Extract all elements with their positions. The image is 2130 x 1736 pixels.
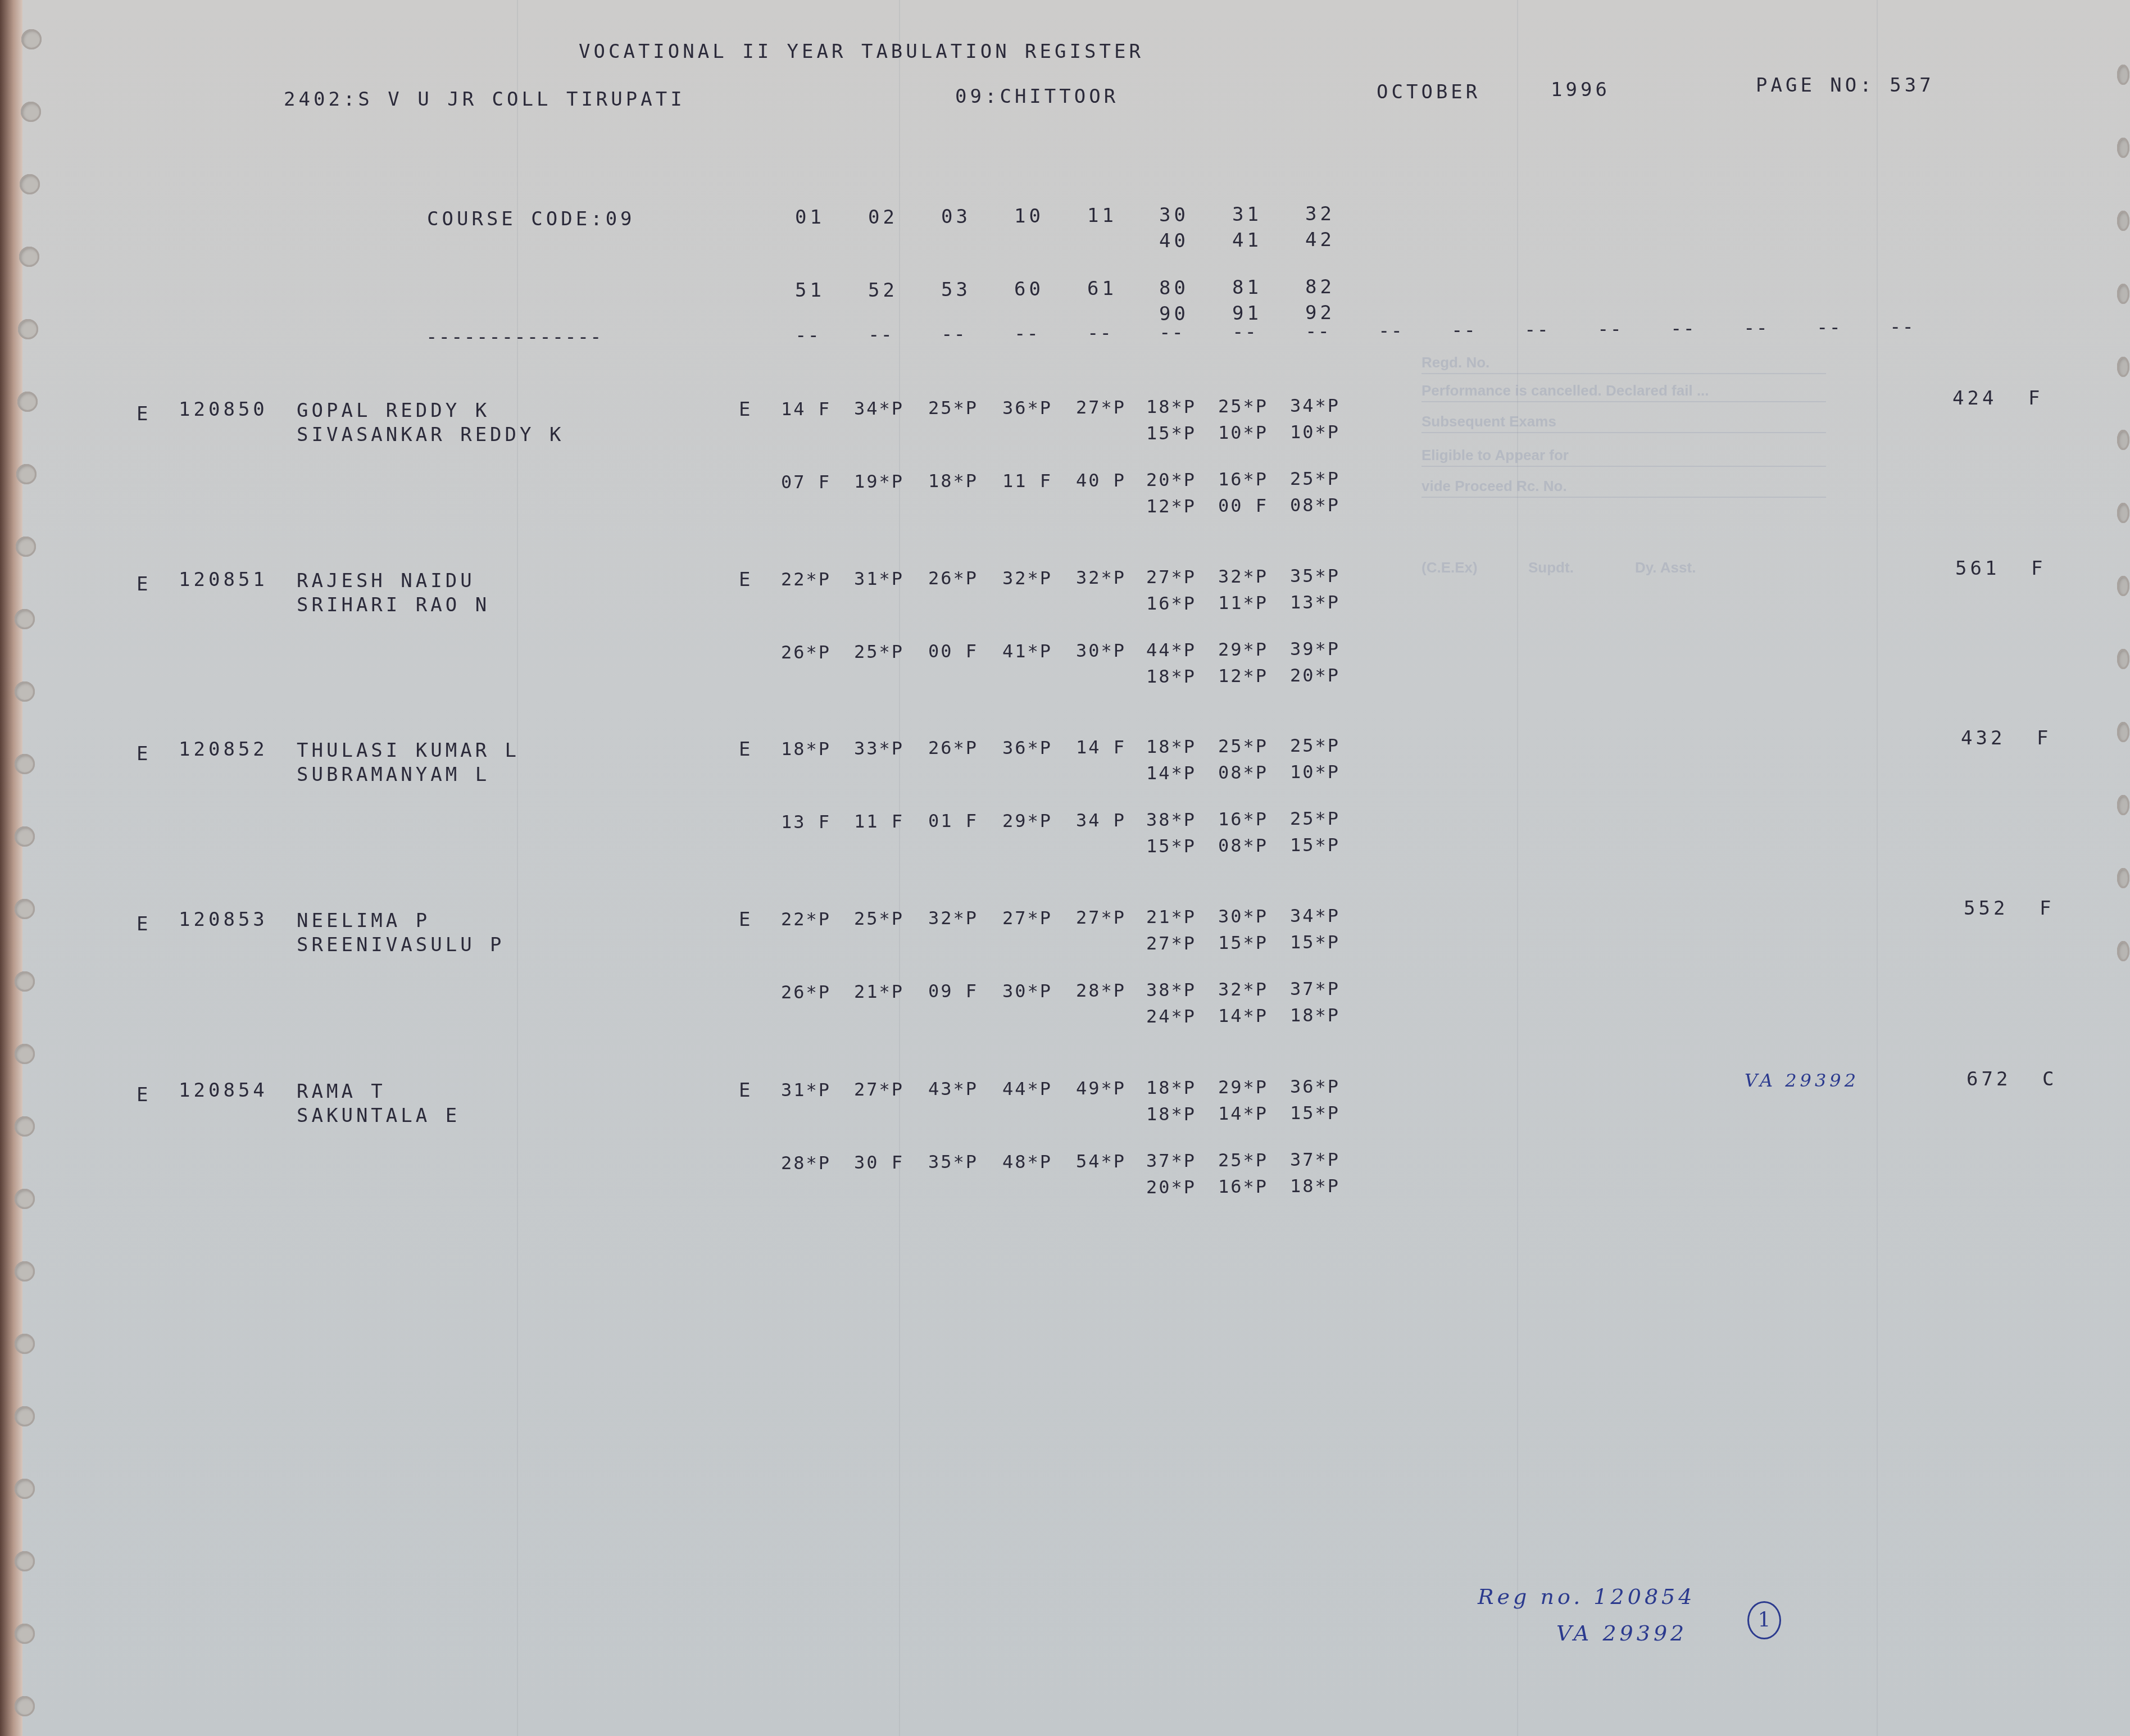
- total-marks: 561: [1955, 559, 2000, 578]
- punch-hole-icon: [15, 609, 35, 629]
- register-title: VOCATIONAL II YEAR TABULATION REGISTER: [579, 42, 1144, 61]
- record-type: E: [137, 915, 151, 934]
- subject-mark: 48*P: [1002, 1153, 1052, 1171]
- stamp-rule: [1421, 373, 1826, 374]
- subject-mark: 24*P: [1146, 1007, 1196, 1025]
- subject-code: 81: [1232, 278, 1262, 297]
- college-name: 2402:S V U JR COLL TIRUPATI: [284, 90, 685, 109]
- subject-code-sub: 90: [1159, 305, 1189, 324]
- subject-mark: 29*P: [1218, 1078, 1268, 1096]
- subject-code: 51: [795, 281, 825, 300]
- subject-mark: 15*P: [1218, 934, 1268, 952]
- column-divider: --: [941, 325, 966, 344]
- subject-mark: 08*P: [1218, 764, 1268, 781]
- stamp-line: Regd. No.: [1421, 354, 1489, 371]
- subject-code: 82: [1305, 278, 1335, 297]
- punch-hole-icon: [2117, 576, 2129, 596]
- subject-mark: 27*P: [854, 1080, 904, 1098]
- subject-mark: 43*P: [928, 1080, 978, 1098]
- subject-mark: 25*P: [1218, 1151, 1268, 1169]
- subject-mark: 26*P: [928, 569, 978, 587]
- subject-code: 61: [1087, 279, 1117, 298]
- paper-rule: [517, 0, 518, 1736]
- punch-hole-icon: [19, 247, 39, 267]
- subject-mark: 20*P: [1146, 1178, 1196, 1196]
- header-underline: --------------: [426, 328, 603, 347]
- column-divider: --: [1087, 324, 1112, 343]
- subject-mark: 25*P: [1218, 397, 1268, 415]
- subject-mark: 20*P: [1290, 666, 1340, 684]
- subject-mark: 25*P: [1290, 737, 1340, 755]
- circled-number: 1: [1747, 1601, 1781, 1639]
- punch-hole-icon: [2117, 65, 2129, 85]
- record-type: E: [137, 405, 151, 424]
- punch-hole-icon: [15, 681, 35, 702]
- subject-mark: 34*P: [854, 399, 904, 417]
- stamp-rule: [1421, 466, 1826, 467]
- subject-mark: 41*P: [1002, 642, 1052, 660]
- stamp-line: Eligible to Appear for: [1421, 447, 1569, 464]
- subject-mark: 20*P: [1146, 471, 1196, 489]
- subject-mark: 21*P: [854, 983, 904, 1001]
- subject-mark: 16*P: [1218, 470, 1268, 488]
- subject-mark: 28*P: [781, 1154, 831, 1172]
- punch-hole-icon: [15, 1406, 35, 1426]
- punch-hole-icon: [15, 1696, 35, 1716]
- subject-mark: 00 F: [1218, 497, 1268, 515]
- register-number: 120853: [179, 910, 268, 929]
- subject-mark: 49*P: [1076, 1079, 1126, 1097]
- subject-mark: 37*P: [1146, 1152, 1196, 1170]
- subject-mark: 38*P: [1146, 981, 1196, 999]
- subject-mark: 32*P: [1218, 567, 1268, 585]
- subject-mark: 30*P: [1076, 642, 1126, 660]
- register-number: 120850: [179, 400, 268, 419]
- subject-code: 52: [868, 281, 898, 300]
- subject-mark: 32*P: [928, 909, 978, 927]
- subject-code-sub: 41: [1232, 231, 1262, 250]
- subject-mark: 28*P: [1076, 981, 1126, 999]
- subject-mark: 25*P: [854, 643, 904, 661]
- subject-mark: 15*P: [1290, 933, 1340, 951]
- column-divider: --: [1743, 319, 1769, 338]
- student-name: RAJESH NAIDU: [297, 571, 475, 590]
- punch-hole-icon: [15, 1624, 35, 1644]
- subject-mark: 18*P: [1290, 1006, 1340, 1024]
- subject-code: 01: [795, 208, 825, 227]
- father-name: SIVASANKAR REDDY K: [297, 425, 564, 444]
- column-divider: --: [1597, 320, 1623, 339]
- subject-mark: 30*P: [1002, 982, 1052, 1000]
- paper-rule: [899, 0, 900, 1736]
- stamp-footer: Supdt.: [1528, 559, 1574, 576]
- subject-mark: 00 F: [928, 642, 978, 660]
- subject-mark: 22*P: [781, 910, 831, 928]
- subject-mark: 32*P: [1076, 569, 1126, 587]
- column-divider: --: [1451, 321, 1477, 340]
- subject-mark: 26*P: [781, 643, 831, 661]
- punch-hole-icon: [2117, 795, 2129, 815]
- column-divider: --: [1159, 323, 1184, 342]
- subject-mark: 39*P: [1290, 640, 1340, 658]
- subject-mark: 18*P: [1146, 738, 1196, 756]
- column-divider: --: [795, 326, 820, 345]
- subject-mark: 18*P: [1290, 1177, 1340, 1195]
- subject-mark: 16*P: [1218, 810, 1268, 828]
- result-code: F: [2037, 729, 2051, 748]
- subject-mark: 35*P: [928, 1153, 978, 1171]
- subject-mark: 40 P: [1076, 471, 1126, 489]
- subject-mark: 26*P: [928, 739, 978, 757]
- subject-code: 03: [941, 207, 971, 226]
- subject-code-sub: 92: [1305, 303, 1335, 322]
- punch-hole-icon: [2117, 649, 2129, 669]
- stamp-line: vide Proceed Rc. No.: [1421, 478, 1567, 495]
- subject-mark: 38*P: [1146, 811, 1196, 829]
- subject-mark: 31*P: [854, 570, 904, 588]
- subject-mark: 27*P: [1076, 908, 1126, 926]
- punch-hole-icon: [2117, 138, 2129, 158]
- subject-mark: 27*P: [1002, 909, 1052, 927]
- student-name: THULASI KUMAR L: [297, 741, 520, 760]
- subject-mark: 32*P: [1218, 980, 1268, 998]
- student-name: RAMA T: [297, 1082, 386, 1101]
- subject-mark: 18*P: [928, 472, 978, 490]
- stamp-rule: [1421, 497, 1826, 498]
- paper-rule: [1877, 0, 1878, 1736]
- punch-hole-icon: [15, 899, 35, 919]
- punch-hole-icon: [2117, 357, 2129, 377]
- subject-mark: 09 F: [928, 982, 978, 1000]
- subject-mark: 36*P: [1290, 1078, 1340, 1096]
- father-name: SRIHARI RAO N: [297, 596, 490, 615]
- subject-mark: 44*P: [1146, 641, 1196, 659]
- stamp-rule: [1421, 401, 1826, 402]
- subject-mark: 18*P: [1146, 667, 1196, 685]
- subject-code: 80: [1159, 279, 1189, 298]
- subject-mark: 16*P: [1218, 1178, 1268, 1196]
- father-name: SREENIVASULU P: [297, 935, 505, 955]
- punch-hole-icon: [2117, 868, 2129, 888]
- subject-mark: 27*P: [1146, 568, 1196, 586]
- medium-code: E: [739, 740, 753, 759]
- subject-mark: 54*P: [1076, 1152, 1126, 1170]
- record-type: E: [137, 575, 151, 594]
- record-type: E: [137, 744, 151, 764]
- subject-mark: 44*P: [1002, 1080, 1052, 1098]
- district-name: 09:CHITTOOR: [955, 87, 1119, 106]
- binder-edge: [0, 0, 22, 1736]
- paper-rule: [1517, 0, 1518, 1736]
- result-code: F: [2028, 389, 2043, 408]
- subject-mark: 18*P: [1146, 1105, 1196, 1123]
- punch-hole-icon: [21, 29, 42, 49]
- subject-mark: 13 F: [781, 813, 831, 831]
- subject-mark: 34*P: [1290, 907, 1340, 925]
- punch-hole-icon: [15, 971, 35, 992]
- subject-mark: 22*P: [781, 570, 831, 588]
- handwritten-va-note: VA 29392: [1556, 1621, 1687, 1646]
- subject-mark: 37*P: [1290, 1151, 1340, 1169]
- subject-mark: 30 F: [854, 1153, 904, 1171]
- subject-mark: 08*P: [1290, 496, 1340, 514]
- page-number: PAGE NO: 537: [1756, 76, 1934, 95]
- punch-hole-icon: [17, 392, 38, 412]
- punch-hole-icon: [15, 1189, 35, 1209]
- punch-hole-icon: [2117, 941, 2129, 961]
- subject-code: 31: [1232, 205, 1262, 224]
- subject-mark: 25*P: [1290, 470, 1340, 488]
- punch-hole-icon: [15, 1116, 35, 1137]
- subject-mark: 10*P: [1290, 423, 1340, 441]
- subject-mark: 15*P: [1146, 424, 1196, 442]
- punch-hole-icon: [2117, 211, 2129, 231]
- punch-hole-icon: [21, 102, 41, 122]
- subject-mark: 37*P: [1290, 980, 1340, 998]
- column-divider: --: [1524, 320, 1550, 339]
- medium-code: E: [739, 1081, 753, 1100]
- punch-hole-icon: [15, 1479, 35, 1499]
- subject-code: 10: [1014, 207, 1044, 226]
- subject-code: 11: [1087, 206, 1117, 225]
- subject-code-sub: 91: [1232, 304, 1262, 323]
- punch-hole-icon: [15, 754, 35, 774]
- subject-mark: 14 F: [781, 400, 831, 418]
- subject-mark: 14*P: [1218, 1105, 1268, 1123]
- subject-mark: 07 F: [781, 473, 831, 491]
- total-marks: 552: [1964, 899, 2008, 918]
- result-code: F: [2040, 899, 2054, 918]
- subject-mark: 13*P: [1290, 593, 1340, 611]
- subject-mark: 12*P: [1218, 667, 1268, 685]
- punch-hole-icon: [15, 826, 35, 847]
- subject-code: 02: [868, 208, 898, 227]
- subject-mark: 15*P: [1290, 836, 1340, 854]
- column-divider: --: [1232, 322, 1257, 342]
- column-divider: --: [1890, 317, 1915, 337]
- punch-hole-icon: [16, 537, 36, 557]
- subject-mark: 11 F: [1002, 472, 1052, 490]
- column-divider: --: [1305, 322, 1330, 341]
- medium-code: E: [739, 910, 753, 929]
- punch-hole-icon: [18, 319, 38, 339]
- column-divider: --: [1014, 324, 1039, 343]
- subject-mark: 14 F: [1076, 738, 1126, 756]
- total-marks: 672: [1966, 1070, 2011, 1089]
- subject-code-sub: 42: [1305, 230, 1335, 249]
- subject-mark: 27*P: [1146, 934, 1196, 952]
- punch-hole-icon: [2117, 284, 2129, 304]
- subject-code-sub: 40: [1159, 231, 1189, 251]
- subject-mark: 18*P: [781, 740, 831, 758]
- column-divider: --: [1670, 319, 1696, 338]
- subject-mark: 36*P: [1002, 739, 1052, 757]
- punch-hole-icon: [2117, 503, 2129, 523]
- subject-mark: 10*P: [1290, 763, 1340, 781]
- handwritten-reg-note: Reg no. 120854: [1478, 1584, 1695, 1609]
- register-number: 120854: [179, 1081, 268, 1100]
- punch-hole-icon: [15, 1044, 35, 1064]
- subject-mark: 31*P: [781, 1081, 831, 1099]
- handwritten-annotation: VA 29392: [1745, 1070, 1859, 1091]
- subject-mark: 15*P: [1290, 1104, 1340, 1122]
- punch-hole-icon: [2117, 430, 2129, 450]
- total-marks: 424: [1952, 389, 1997, 408]
- subject-mark: 11 F: [854, 812, 904, 830]
- subject-code: 60: [1014, 280, 1044, 299]
- subject-mark: 01 F: [928, 812, 978, 830]
- subject-mark: 11*P: [1218, 594, 1268, 612]
- stamp-line: Subsequent Exams: [1421, 413, 1556, 430]
- punch-hole-icon: [16, 464, 37, 484]
- subject-mark: 25*P: [854, 910, 904, 928]
- subject-mark: 32*P: [1002, 569, 1052, 587]
- course-code-label: COURSE CODE:09: [427, 210, 635, 229]
- subject-mark: 19*P: [854, 472, 904, 490]
- subject-mark: 18*P: [1146, 1079, 1196, 1097]
- register-number: 120851: [179, 570, 268, 589]
- punch-hole-icon: [20, 174, 40, 194]
- subject-mark: 34 P: [1076, 811, 1126, 829]
- father-name: SAKUNTALA E: [297, 1106, 460, 1125]
- register-page: [22, 0, 2130, 1736]
- medium-code: E: [739, 570, 753, 589]
- subject-mark: 36*P: [1002, 399, 1052, 417]
- subject-mark: 21*P: [1146, 908, 1196, 926]
- subject-mark: 25*P: [1290, 810, 1340, 828]
- subject-mark: 33*P: [854, 739, 904, 757]
- exam-year: 1996: [1551, 80, 1610, 99]
- subject-mark: 15*P: [1146, 837, 1196, 855]
- stamp-footer: Dy. Asst.: [1635, 559, 1696, 576]
- punch-hole-icon: [15, 1551, 35, 1571]
- column-divider: --: [1816, 318, 1842, 337]
- punch-hole-icon: [2117, 722, 2129, 742]
- subject-mark: 12*P: [1146, 497, 1196, 515]
- subject-mark: 14*P: [1218, 1007, 1268, 1025]
- register-number: 120852: [179, 740, 268, 759]
- column-divider: --: [1378, 321, 1404, 340]
- subject-mark: 10*P: [1218, 424, 1268, 442]
- subject-mark: 29*P: [1218, 640, 1268, 658]
- record-type: E: [137, 1085, 151, 1105]
- exam-month: OCTOBER: [1377, 83, 1480, 102]
- subject-mark: 14*P: [1146, 764, 1196, 782]
- subject-mark: 27*P: [1076, 398, 1126, 416]
- father-name: SUBRAMANYAM L: [297, 765, 490, 784]
- subject-mark: 35*P: [1290, 567, 1340, 585]
- subject-mark: 08*P: [1218, 837, 1268, 855]
- stamp-line: Performance is cancelled. Declared fail …: [1421, 382, 1709, 399]
- subject-mark: 34*P: [1290, 397, 1340, 415]
- student-name: NEELIMA P: [297, 911, 430, 930]
- total-marks: 432: [1961, 729, 2005, 748]
- punch-hole-icon: [15, 1261, 35, 1281]
- subject-mark: 26*P: [781, 983, 831, 1001]
- subject-mark: 18*P: [1146, 398, 1196, 416]
- subject-mark: 25*P: [928, 399, 978, 417]
- result-code: C: [2042, 1070, 2057, 1089]
- medium-code: E: [739, 400, 753, 419]
- subject-mark: 29*P: [1002, 812, 1052, 830]
- subject-code: 30: [1159, 206, 1189, 225]
- student-name: GOPAL REDDY K: [297, 401, 490, 420]
- subject-mark: 16*P: [1146, 594, 1196, 612]
- subject-mark: 25*P: [1218, 737, 1268, 755]
- subject-code: 53: [941, 280, 971, 299]
- subject-code: 32: [1305, 204, 1335, 224]
- subject-mark: 30*P: [1218, 907, 1268, 925]
- stamp-rule: [1421, 432, 1826, 433]
- punch-hole-icon: [15, 1334, 35, 1354]
- column-divider: --: [868, 325, 893, 344]
- stamp-footer: (C.E.Ex): [1421, 559, 1478, 576]
- result-code: F: [2031, 559, 2046, 578]
